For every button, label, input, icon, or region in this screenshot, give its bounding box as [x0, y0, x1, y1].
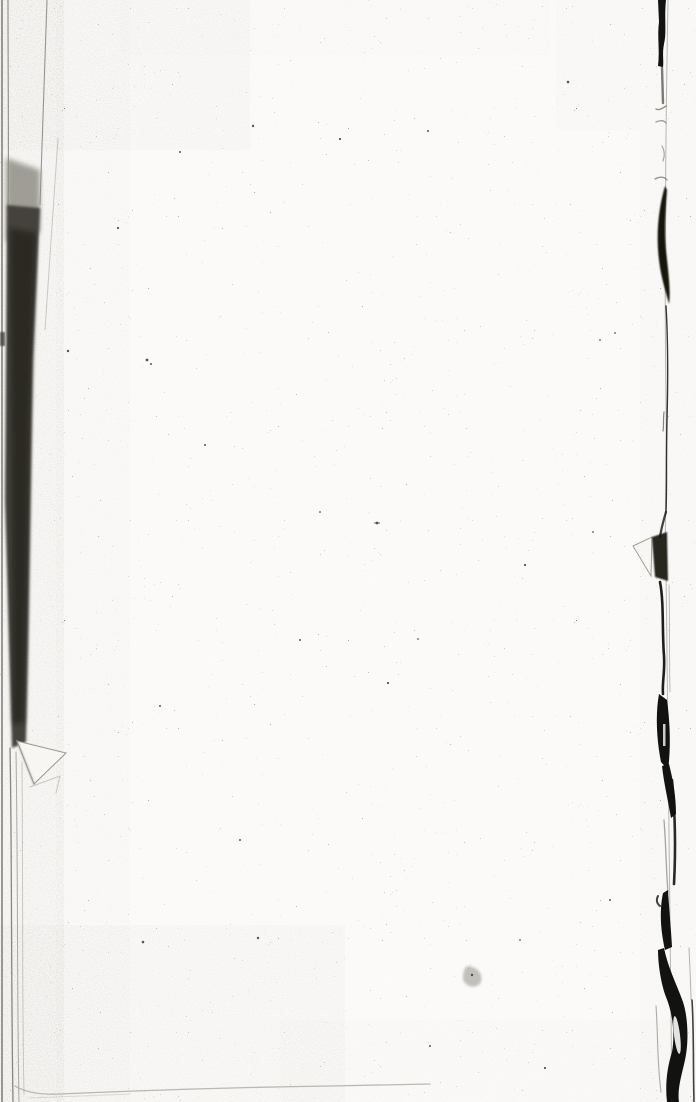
- speck: [471, 974, 473, 976]
- speck: [599, 339, 601, 341]
- speck: [429, 1045, 431, 1047]
- left-edge-nick: [0, 332, 5, 346]
- speck: [417, 638, 419, 640]
- speck: [257, 937, 259, 939]
- speck: [146, 359, 149, 362]
- page-scan-artwork: [0, 0, 696, 1102]
- speck: [150, 363, 152, 365]
- speck: [239, 839, 241, 841]
- paper-grain: [0, 0, 696, 1102]
- speck: [524, 564, 526, 566]
- speck: [319, 511, 321, 513]
- speck: [427, 130, 429, 132]
- speck: [614, 332, 616, 334]
- speck: [592, 531, 594, 533]
- speck: [339, 138, 341, 140]
- speck: [252, 125, 254, 127]
- dust-noise: [0, 0, 696, 1102]
- scanned-book-page: [0, 0, 696, 1102]
- speck: [387, 682, 389, 684]
- speck-cross: [374, 522, 380, 523]
- speck: [519, 939, 521, 941]
- speck: [567, 81, 570, 84]
- speck: [204, 444, 206, 446]
- speck: [142, 941, 145, 944]
- speck: [544, 1067, 546, 1069]
- speck: [299, 639, 301, 641]
- speck: [609, 899, 611, 901]
- speck: [67, 350, 69, 352]
- speck: [179, 151, 181, 153]
- speck: [159, 705, 161, 707]
- tear-thin-line-dash: [663, 412, 664, 431]
- speck: [117, 227, 119, 229]
- tear-top-tail: [662, 67, 663, 103]
- tear-blob-slit: [663, 724, 666, 746]
